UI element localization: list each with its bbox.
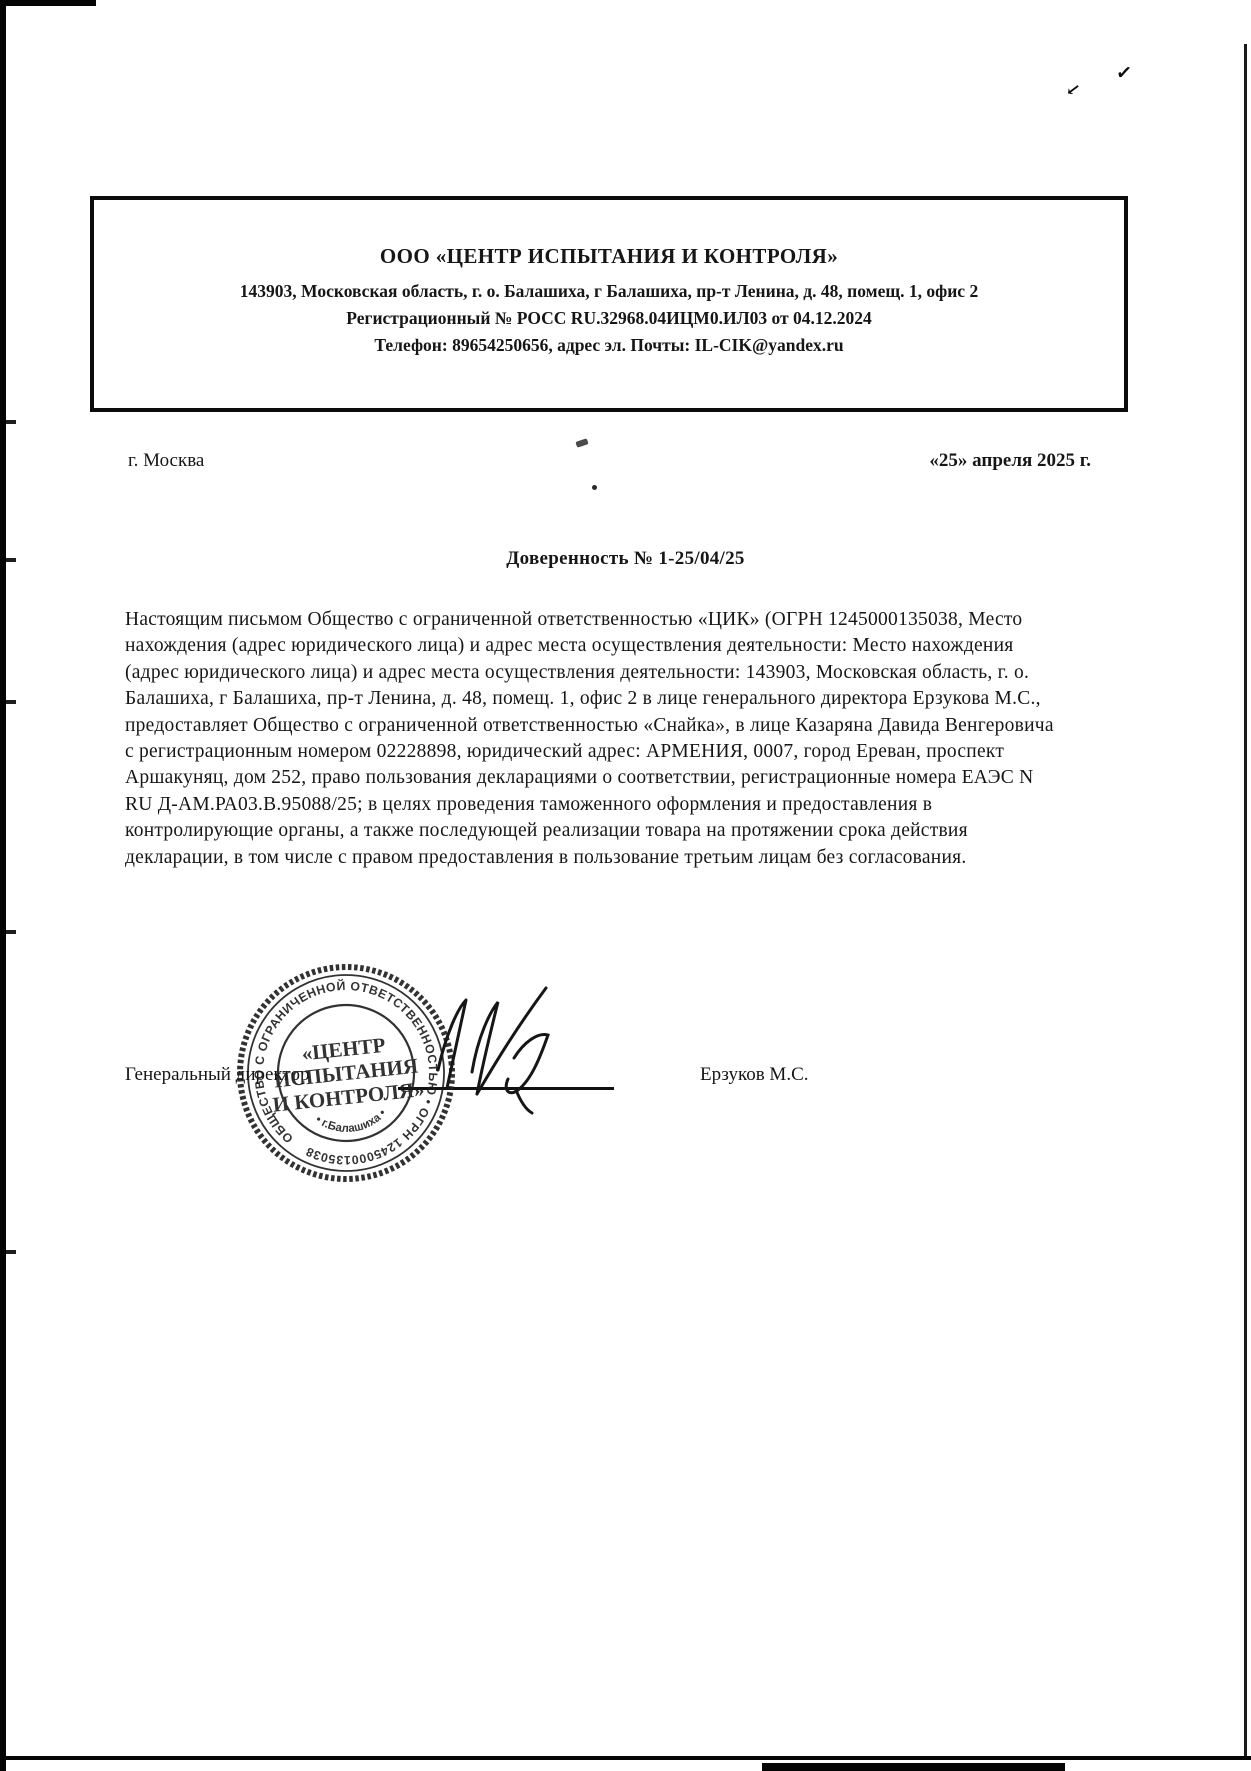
scan-noise-tick [6,700,16,704]
body-line: контролирующие органы, а также последующ… [125,818,1140,844]
scan-noise-tick [6,1250,16,1254]
body-line: Настоящим письмом Общество с ограниченно… [125,607,1140,633]
scan-edge-bottom [6,1756,1251,1760]
pen-mark-icon: ↙ [1065,79,1082,101]
scan-noise-tick [6,930,16,934]
scan-edge-left [0,0,6,1771]
body-line: декларации, в том числе с правом предост… [125,845,1140,871]
company-registration-line: Регистрационный № РОСС RU.32968.04ИЦМ0.И… [94,305,1124,332]
body-line: с регистрационным номером 02228898, юрид… [125,739,1140,765]
scan-noise-tick [6,420,16,424]
body-text: Настоящим письмом Общество с ограниченно… [125,607,1140,871]
body-line: RU Д-АМ.РА03.В.95088/25; в целях проведе… [125,792,1140,818]
scan-edge-top [0,0,96,6]
body-line: Балашиха, г Балашиха, пр-т Ленина, д. 48… [125,686,1140,712]
place-date-row: г. Москва «25» апреля 2025 г. [128,450,1091,472]
body-line: нахождения (адрес юридического лица) и а… [125,633,1140,659]
letterhead-box: ООО «ЦЕНТР ИСПЫТАНИЯ И КОНТРОЛЯ» 143903,… [90,196,1128,412]
ink-speck [592,485,597,490]
ink-speck [575,438,588,447]
company-contacts-line: Телефон: 89654250656, адрес эл. Почты: I… [94,332,1124,359]
body-line: (адрес юридического лица) и адрес места … [125,660,1140,686]
handwritten-signature [416,972,630,1122]
document-title: Доверенность № 1-25/04/25 [0,548,1251,570]
body-line: Аршакуняц, дом 252, право пользования де… [125,765,1140,791]
scan-edge-right [1244,44,1247,1756]
document-date: «25» апреля 2025 г. [929,450,1091,472]
scanned-document-page: ↙ ✓ ООО «ЦЕНТР ИСПЫТАНИЯ И КОНТРОЛЯ» 143… [0,0,1251,1771]
signer-name: Ерзуков М.С. [700,1064,809,1086]
company-address: 143903, Московская область, г. о. Балаши… [94,278,1124,305]
scan-edge-blob [762,1763,1065,1771]
company-name: ООО «ЦЕНТР ИСПЫТАНИЯ И КОНТРОЛЯ» [94,244,1124,269]
document-city: г. Москва [128,450,204,472]
body-line: предоставляет Общество с ограниченной от… [125,713,1140,739]
checkmark-icon: ✓ [1115,61,1133,86]
